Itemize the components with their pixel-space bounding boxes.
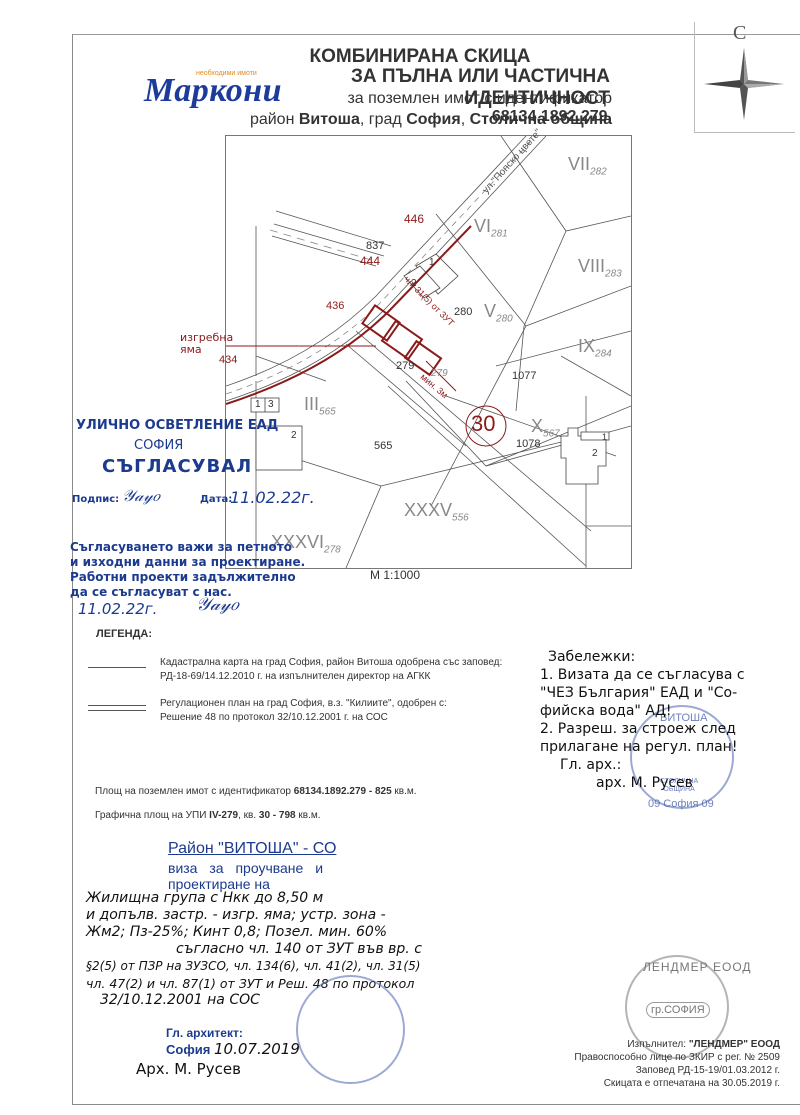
compass-star-icon bbox=[700, 46, 788, 122]
executor-order: Заповед РД-15-19/01.03.2012 г. bbox=[520, 1064, 780, 1077]
signature: 𝒴𝒶𝓎𝑜 bbox=[122, 486, 160, 506]
chief-architect-label: Гл. архитект: bbox=[166, 1026, 243, 1040]
sheet-border-top bbox=[72, 34, 800, 35]
location-text: , град bbox=[360, 111, 406, 128]
cadastral-id: 1078 bbox=[516, 438, 540, 450]
building-number: 1 bbox=[602, 432, 607, 442]
approval-note: Съгласуването важи за петното и изходни … bbox=[70, 540, 305, 600]
note-date: 11.02.22г. bbox=[78, 600, 157, 618]
parcel-label: VIII283 bbox=[578, 256, 622, 280]
stamp-approved: СЪГЛАСУВАЛ bbox=[102, 456, 252, 477]
executor-info: Изпълнител: "ЛЕНДМЕР" ЕООД Правоспособно… bbox=[520, 1038, 780, 1090]
location-text: , bbox=[461, 111, 470, 128]
block-number: 30 bbox=[471, 411, 495, 437]
notes-block: Забележки: 1. Визата да се съгласува с "… bbox=[540, 648, 800, 792]
parcel-area: Площ на поземлен имот с идентификатор 68… bbox=[95, 786, 417, 797]
cadastral-id: 565 bbox=[374, 440, 392, 452]
architect-name: Арх. М. Русев bbox=[136, 1060, 241, 1078]
north-letter: С bbox=[733, 22, 746, 45]
city-name: София bbox=[406, 111, 461, 128]
cadastral-id: 279 bbox=[396, 360, 414, 372]
upi-area: Графична площ на УПИ IV-279, кв. 30 - 79… bbox=[95, 810, 321, 821]
notes-title: Забележки: bbox=[540, 648, 800, 666]
parcel-label: XXXV556 bbox=[404, 500, 469, 524]
note-line: 1. Визата да се съгласува с bbox=[540, 666, 800, 684]
building-number: 2 bbox=[592, 448, 598, 459]
note-line: "ЧЕЗ България" ЕАД и "Со- bbox=[540, 684, 800, 702]
survey-point-label: 444 bbox=[360, 254, 380, 268]
executor-label: Изпълнител: bbox=[627, 1039, 688, 1050]
cadastral-id: 1077 bbox=[512, 370, 536, 382]
visa-handwritten: Жилищна група с Нкк до 8,50 м и допълв. … bbox=[86, 890, 526, 1009]
septic-pit-label: изгребнаяма bbox=[180, 332, 233, 356]
district-stamp bbox=[296, 975, 405, 1084]
parcel-id-837: 837 bbox=[366, 240, 384, 252]
parcel-label: V280 bbox=[484, 301, 513, 325]
parcel-label: IX284 bbox=[578, 336, 612, 360]
executor-license: Правоспособно лице по ЗКИР с рег. № 2509 bbox=[520, 1051, 780, 1064]
approval-date: 11.02.22г. bbox=[230, 488, 315, 507]
building-number: 3 bbox=[268, 399, 274, 410]
parcel-label: X567 bbox=[531, 416, 560, 440]
stamp-city: СОФИЯ bbox=[134, 438, 183, 453]
visa-date: 10.07.2019 bbox=[214, 1040, 300, 1058]
date-label: Дата: bbox=[200, 494, 232, 505]
executor-stamp-text: ЛЕНДМЕР ЕООД bbox=[643, 960, 752, 974]
visa-city-label: София bbox=[166, 1042, 210, 1057]
marconi-logo: Маркони bbox=[140, 72, 286, 110]
legend-item-cadastral: Кадастрална карта на град София, район В… bbox=[160, 656, 540, 684]
visa-stamp-text: виза за проучване и bbox=[168, 860, 323, 876]
executor-company: "ЛЕНДМЕР" ЕООД bbox=[689, 1039, 780, 1050]
survey-point-label: 446 bbox=[404, 212, 424, 226]
note-line: прилагане на регул. план! bbox=[540, 738, 800, 756]
survey-point-label: 436 bbox=[326, 300, 344, 312]
parcel-label: VII282 bbox=[568, 154, 607, 178]
building-number: 2 bbox=[291, 430, 297, 441]
visa-line: Жилищна група с Нкк до 8,50 м bbox=[86, 890, 526, 907]
note-line: фийска вода" АД! bbox=[540, 702, 800, 720]
parcel-label: III565 bbox=[304, 394, 336, 418]
visa-line: §2(5) от ПЗР на ЗУЗСО, чл. 134(6), чл. 4… bbox=[86, 958, 526, 975]
print-date: Скицата е отпечатана на 30.05.2019 г. bbox=[520, 1077, 780, 1090]
legend-item-regulation: Регулационен план на град София, в.з. "К… bbox=[160, 697, 540, 725]
stamp-text: 09 София 09 bbox=[648, 798, 714, 810]
visa-line: Жм2; Пз-25%; Кинт 0,8; Позел. мин. 60% bbox=[86, 924, 526, 941]
parcel-label: 279 bbox=[431, 364, 448, 379]
identifier-prefix: за поземлен имот с идентификатор bbox=[347, 90, 612, 107]
cadastral-id: 280 bbox=[454, 306, 472, 318]
visa-line: съгласно чл. 140 от ЗУТ във вр. с bbox=[86, 941, 526, 958]
stamp-organization: УЛИЧНО ОСВЕТЛЕНИЕ ЕАД bbox=[76, 418, 278, 433]
visa-stamp-title: Район "ВИТОША" - СО bbox=[168, 840, 336, 858]
building-number: 1 bbox=[429, 257, 435, 268]
legend-title: ЛЕГЕНДА: bbox=[96, 628, 152, 640]
parcel-label: VI281 bbox=[474, 216, 508, 240]
location-text: район bbox=[250, 111, 299, 128]
legend-line-regulation-2 bbox=[88, 710, 146, 711]
document-title: КОМБИНИРАНА СКИЦА bbox=[230, 46, 610, 68]
signature-label: Подпис: bbox=[72, 494, 119, 505]
logo-tagline: необходими имоти bbox=[196, 70, 257, 77]
visa-line: чл. 47(2) и чл. 87(1) от ЗУТ и Реш. 48 п… bbox=[86, 975, 526, 992]
legend-line-cadastral bbox=[88, 667, 146, 668]
note-line: 2. Разреш. за строеж след bbox=[540, 720, 800, 738]
legend-line-regulation bbox=[88, 705, 146, 706]
sheet-border-bottom bbox=[72, 1104, 800, 1105]
executor-stamp-city: гр.СОФИЯ bbox=[646, 1002, 710, 1018]
building-number: 1 bbox=[255, 399, 261, 410]
visa-line: и допълв. застр. - изгр. яма; устр. зона… bbox=[86, 907, 526, 924]
location-line: район Витоша, град София, Столична общин… bbox=[240, 111, 612, 129]
district-name: Витоша bbox=[299, 111, 360, 128]
municipality-name: Столична община bbox=[470, 111, 612, 128]
note-line: Гл. арх.: bbox=[540, 756, 800, 774]
note-signature: 𝒴𝒶𝓎𝑜 bbox=[196, 594, 238, 615]
note-line: арх. М. Русев bbox=[540, 774, 800, 792]
map-scale: М 1:1000 bbox=[370, 568, 420, 582]
